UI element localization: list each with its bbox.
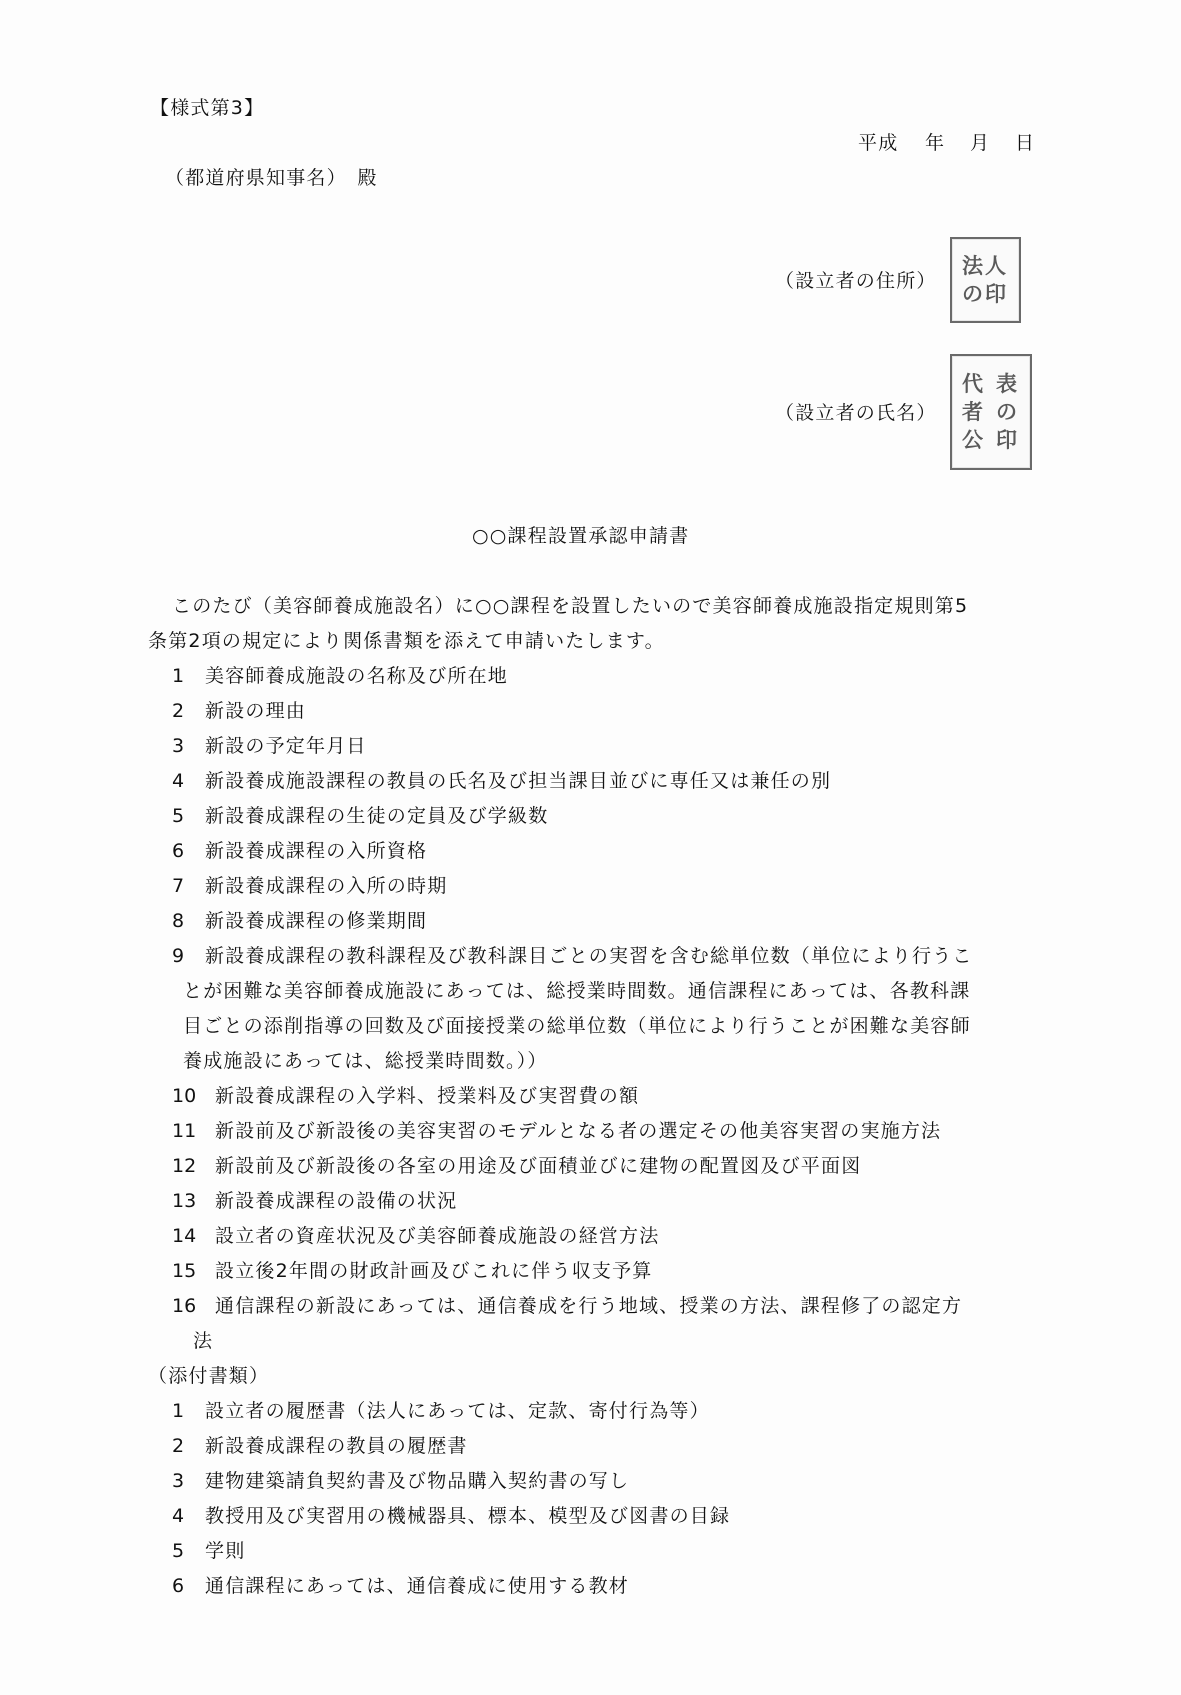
item-number: 8 (172, 910, 184, 932)
corporate-seal-text-1: 法人 (962, 252, 1008, 280)
attachment-number: 2 (172, 1435, 184, 1457)
attachment-number: 4 (172, 1505, 184, 1527)
attachment-number: 5 (172, 1540, 184, 1562)
applicant-address-label: （設立者の住所） (775, 270, 937, 292)
addressee: （都道府県知事名） 殿 (165, 167, 378, 189)
attachment-number: 6 (172, 1575, 184, 1597)
date-era: 平成 (858, 132, 898, 154)
item-text-continuation: 法 (193, 1330, 213, 1352)
item-number: 1 (172, 665, 184, 687)
item-text: 新設養成課程の生徒の定員及び学級数 (205, 805, 548, 827)
item-number: 9 (172, 945, 184, 967)
applicant-name-label: （設立者の氏名） (775, 402, 937, 424)
item-text: 美容師養成施設の名称及び所在地 (205, 665, 508, 687)
date-day: 日 (1015, 132, 1035, 154)
item-number: 4 (172, 770, 184, 792)
item-text: 通信課程の新設にあっては、通信養成を行う地域、授業の方法、課程修了の認定方 (215, 1295, 962, 1317)
item-text: 新設養成施設課程の教員の氏名及び担当課目並びに専任又は兼任の別 (205, 770, 831, 792)
item-number: 5 (172, 805, 184, 827)
date-month: 月 (970, 132, 990, 154)
corporate-seal-box: 法人 の印 (950, 237, 1021, 323)
seal-char: 代 (962, 370, 985, 398)
item-text: 設立者の資産状況及び美容師養成施設の経営方法 (215, 1225, 659, 1247)
item-text-continuation: とが困難な美容師養成施設にあっては、総授業時間数。通信課程にあっては、各教科課 (183, 980, 970, 1002)
form-label: 【様式第3】 (150, 97, 264, 119)
seal-char: 印 (996, 426, 1019, 454)
item-number: 15 (172, 1260, 196, 1282)
attachment-number: 1 (172, 1400, 184, 1422)
representative-seal-box: 代 者 公 表 の 印 (950, 354, 1032, 470)
attachment-text: 新設養成課程の教員の履歴書 (205, 1435, 468, 1457)
item-text: 新設前及び新設後の各室の用途及び面積並びに建物の配置図及び平面図 (215, 1155, 861, 1177)
attachment-text: 建物建築請負契約書及び物品購入契約書の写し (205, 1470, 629, 1492)
attachment-number: 3 (172, 1470, 184, 1492)
item-number: 11 (172, 1120, 196, 1142)
item-text: 新設養成課程の教科課程及び教科課目ごとの実習を含む総単位数（単位により行うこ (205, 945, 973, 967)
item-number: 12 (172, 1155, 196, 1177)
item-text: 新設養成課程の入所資格 (205, 840, 427, 862)
attachment-text: 学則 (205, 1540, 245, 1562)
item-text: 新設養成課程の入学料、授業料及び実習費の額 (215, 1085, 639, 1107)
item-text: 新設養成課程の設備の状況 (215, 1190, 457, 1212)
seal-char: 公 (962, 426, 985, 454)
body-line-1: このたび（美容師養成施設名）に○○課程を設置したいので美容師養成施設指定規則第5 (172, 595, 968, 617)
body-line-2: 条第2項の規定により関係書類を添えて申請いたします。 (148, 630, 665, 652)
item-text: 新設養成課程の修業期間 (205, 910, 427, 932)
item-text: 新設の予定年月日 (205, 735, 367, 757)
item-number: 16 (172, 1295, 196, 1317)
item-text: 新設の理由 (205, 700, 306, 722)
item-text: 設立後2年間の財政計画及びこれに伴う収支予算 (215, 1260, 653, 1282)
seal-char: 表 (996, 370, 1019, 398)
item-text-continuation: 目ごとの添削指導の回数及び面接授業の総単位数（単位により行うことが困難な美容師 (183, 1015, 971, 1037)
attachment-text: 教授用及び実習用の機械器具、標本、模型及び図書の目録 (205, 1505, 730, 1527)
item-number: 13 (172, 1190, 196, 1212)
item-number: 2 (172, 700, 184, 722)
item-number: 6 (172, 840, 184, 862)
item-text-continuation: 養成施設にあっては、総授業時間数。）） (183, 1050, 548, 1072)
seal-char: 者 (962, 398, 985, 426)
item-text: 新設養成課程の入所の時期 (205, 875, 447, 897)
item-number: 10 (172, 1085, 196, 1107)
corporate-seal-text-2: の印 (962, 280, 1008, 308)
document-title: ○○課程設置承認申請書 (472, 525, 689, 547)
item-number: 3 (172, 735, 184, 757)
attachment-text: 設立者の履歴書（法人にあっては、定款、寄付行為等） (205, 1400, 710, 1422)
item-number: 7 (172, 875, 184, 897)
seal-char: の (996, 398, 1019, 426)
attachment-text: 通信課程にあっては、通信養成に使用する教材 (205, 1575, 629, 1597)
date-year: 年 (925, 132, 945, 154)
item-number: 14 (172, 1225, 196, 1247)
attachments-heading: （添付書類） (148, 1365, 269, 1387)
item-text: 新設前及び新設後の美容実習のモデルとなる者の選定その他美容実習の実施方法 (215, 1120, 941, 1142)
